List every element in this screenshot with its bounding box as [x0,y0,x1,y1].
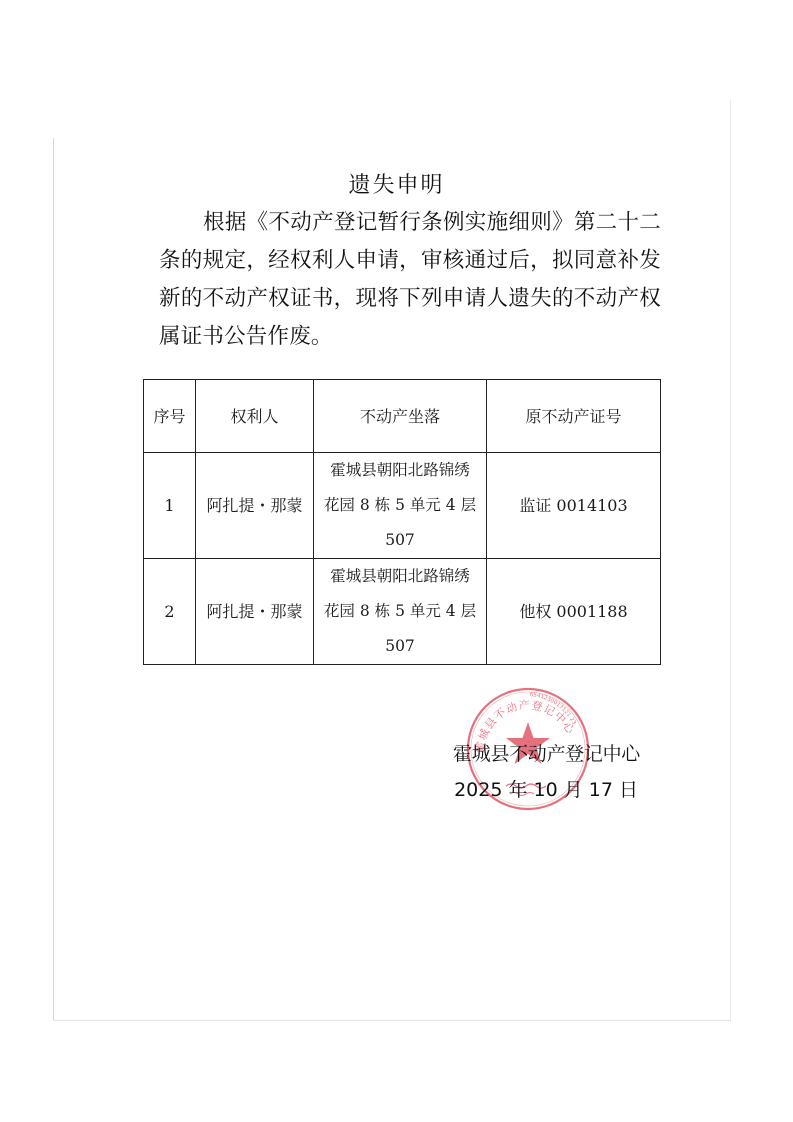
cell-serial: 1 [144,453,196,559]
header-serial: 序号 [144,380,196,453]
header-owner: 权利人 [196,380,314,453]
scan-border-left [53,138,54,1021]
document-body: 根据《不动产登记暂行条例实施细则》第二十二条的规定，经权利人申请，审核通过后，拟… [159,204,661,356]
scan-border-right [730,100,731,1020]
location-line: 507 [314,523,486,558]
cell-owner: 阿扎提・那蒙 [196,453,314,559]
cell-location: 霍城县朝阳北路锦绣 花园 8 栋 5 单元 4 层 507 [314,559,487,665]
lost-certificate-table: 序号 权利人 不动产坐落 原不动产证号 1 阿扎提・那蒙 霍城县朝阳北路锦绣 花… [143,379,661,665]
location-line: 507 [314,629,486,664]
location-line: 霍城县朝阳北路锦绣 [314,453,486,488]
cell-cert-no: 他权 0001188 [487,559,661,665]
issue-date: 2025 年 10 月 17 日 [430,776,638,804]
issuer-name: 霍城县不动产登记中心 [430,740,640,768]
location-line: 花园 8 栋 5 单元 4 层 [314,488,486,523]
cell-cert-no: 监证 0014103 [487,453,661,559]
header-cert-no: 原不动产证号 [487,380,661,453]
scan-border-bottom [53,1020,731,1021]
location-line: 霍城县朝阳北路锦绣 [314,559,486,594]
location-line: 花园 8 栋 5 单元 4 层 [314,594,486,629]
cell-location: 霍城县朝阳北路锦绣 花园 8 栋 5 单元 4 层 507 [314,453,487,559]
header-location: 不动产坐落 [314,380,487,453]
table-row: 2 阿扎提・那蒙 霍城县朝阳北路锦绣 花园 8 栋 5 单元 4 层 507 他… [144,559,661,665]
cell-owner: 阿扎提・那蒙 [196,559,314,665]
table-header-row: 序号 权利人 不动产坐落 原不动产证号 [144,380,661,453]
table-row: 1 阿扎提・那蒙 霍城县朝阳北路锦绣 花园 8 栋 5 单元 4 层 507 监… [144,453,661,559]
cell-serial: 2 [144,559,196,665]
document-title: 遗失申明 [0,170,793,202]
